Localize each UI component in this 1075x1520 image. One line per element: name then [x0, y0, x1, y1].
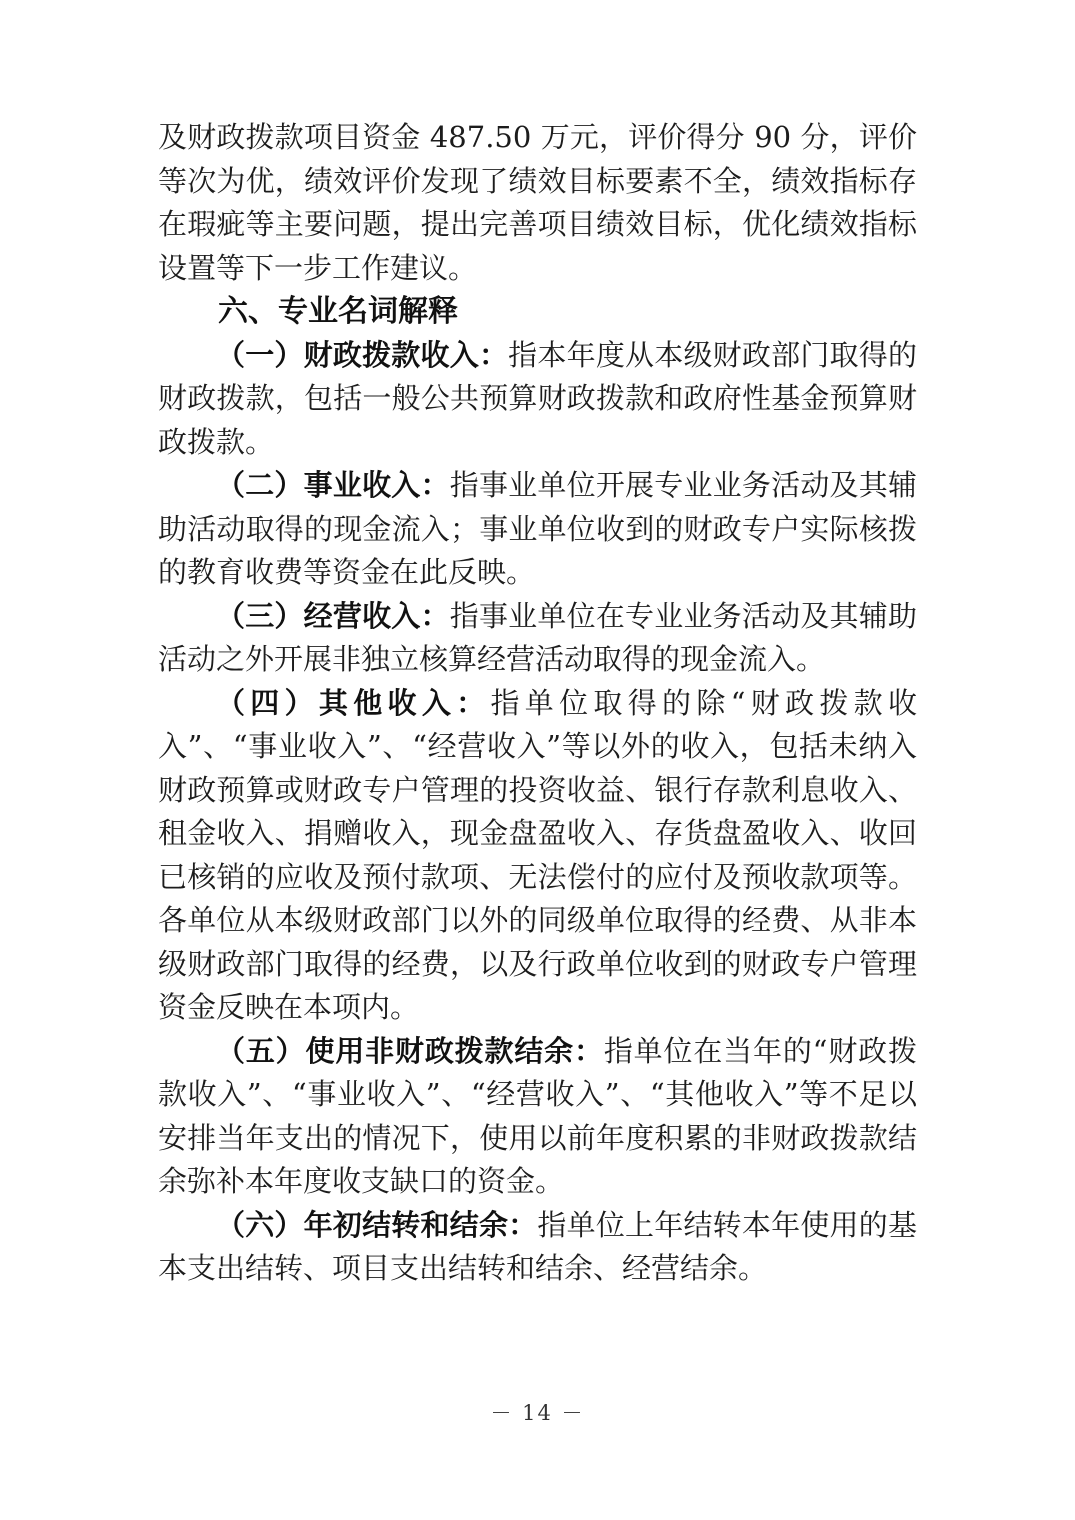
definition-paragraph-4: （四）其他收入：指单位取得的除“财政拨款收入”、“事业收入”、“经营收入”等以外…	[158, 682, 917, 1030]
definition-term-4: （四）其他收入：	[216, 686, 490, 720]
intro-paragraph: 及财政拨款项目资金 487.50 万元，评价得分 90 分，评价等次为优，绩效评…	[158, 116, 917, 290]
definition-paragraph-5: （五）使用非财政拨款结余：指单位在当年的“财政拨款收入”、“事业收入”、“经营收…	[158, 1030, 917, 1204]
definition-term-6: （六）年初结转和结余：	[216, 1208, 537, 1242]
definition-paragraph-6: （六）年初结转和结余：指单位上年结转本年使用的基本支出结转、项目支出结转和结余、…	[158, 1204, 917, 1291]
definition-paragraph-2: （二）事业收入：指事业单位开展专业业务活动及其辅助活动取得的现金流入；事业单位收…	[158, 464, 917, 595]
definition-paragraph-1: （一）财政拨款收入：指本年度从本级财政部门取得的财政拨款，包括一般公共预算财政拨…	[158, 334, 917, 465]
definition-term-5: （五）使用非财政拨款结余：	[216, 1034, 604, 1068]
document-page: 及财政拨款项目资金 487.50 万元，评价得分 90 分，评价等次为优，绩效评…	[0, 0, 1075, 1520]
page-number: － 14 －	[0, 1392, 1075, 1436]
definition-term-3: （三）经营收入：	[216, 599, 450, 633]
definition-term-1: （一）财政拨款收入：	[216, 338, 508, 372]
definition-paragraph-3: （三）经营收入：指事业单位在专业业务活动及其辅助活动之外开展非独立核算经营活动取…	[158, 595, 917, 682]
section-heading: 六、专业名词解释	[158, 290, 917, 334]
definition-text-4: 指单位取得的除“财政拨款收入”、“事业收入”、“经营收入”等以外的收入，包括未纳…	[158, 686, 917, 1025]
definition-term-2: （二）事业收入：	[216, 468, 450, 502]
